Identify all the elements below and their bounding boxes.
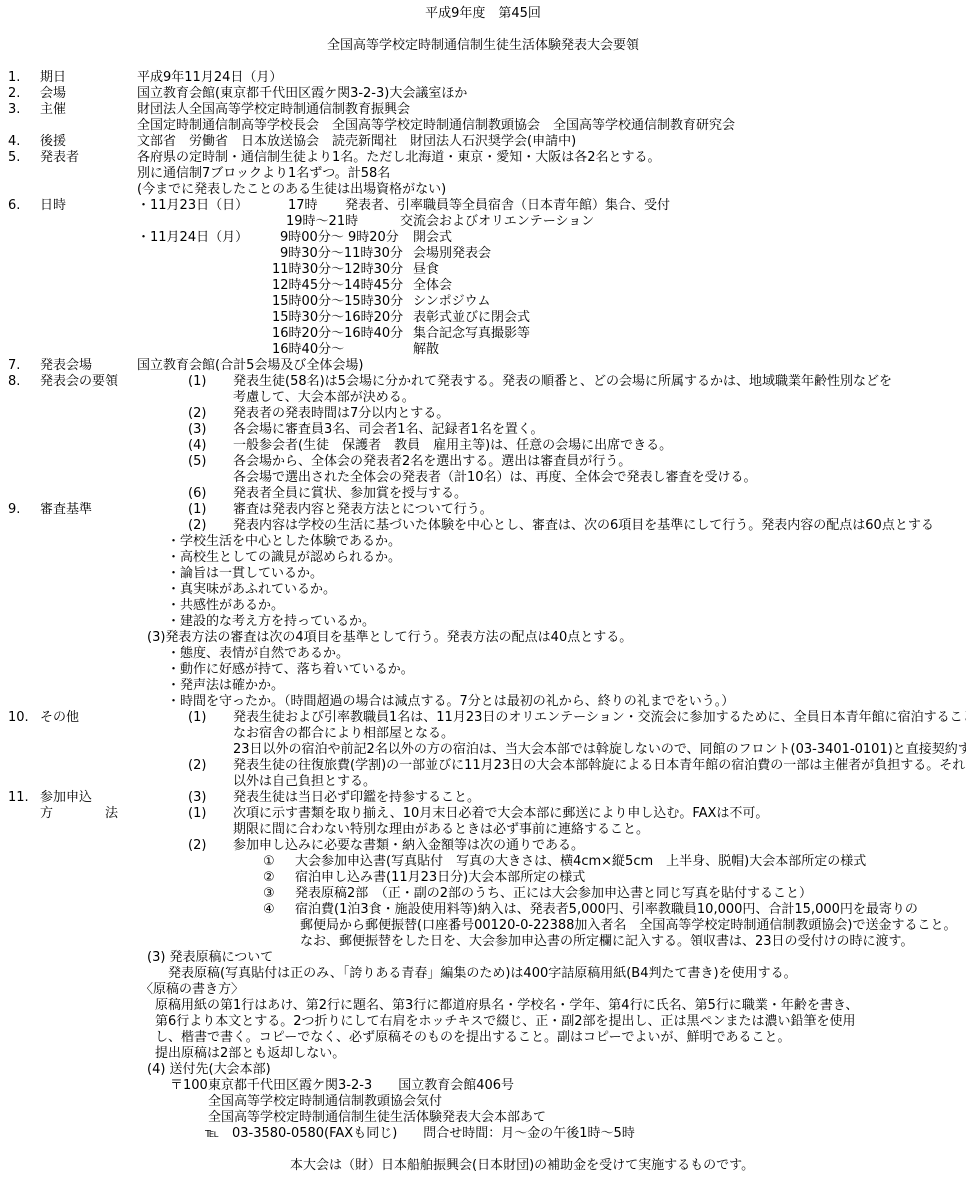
text-segment: 1.: [8, 70, 20, 86]
text-segment: 表彰式並びに閉会式: [413, 310, 530, 326]
doc-line: 10.その他(1)発表生徒および引率教職員1名は、11月23日のオリエンテーショ…: [0, 710, 966, 726]
text-segment: 7.: [8, 358, 20, 374]
text-segment: 〈原稿の書き方〉: [140, 982, 244, 998]
doc-line: 2.会場国立教育会館(東京都千代田区霞ケ関3-2-3)大会議室ほか: [0, 86, 966, 102]
doc-line: 各会場で選出された全体会の発表者（計10名）は、再度、全体会で発表し審査を受ける…: [0, 470, 966, 486]
doc-line: ・論旨は一貫しているか。: [0, 566, 966, 582]
doc-line: 第6行より本文とする。2つ折りにして右肩をホッチキスで綴じ、正・副2部を提出し、…: [0, 1014, 966, 1030]
text-segment: 10.: [8, 710, 29, 726]
text-segment: 日時: [40, 198, 66, 214]
doc-line: (3) 発表原稿について: [0, 950, 966, 966]
doc-line: 19時～21時交流会およびオリエンテーション: [0, 214, 966, 230]
text-segment: 発表生徒(58名)は5会場に分かれて発表する。発表の順番と、どの会場に所属するか…: [233, 374, 892, 390]
doc-line: (2)発表生徒の往復旅費(学割)の一部並びに11月23日の大会本部斡旋による日本…: [0, 758, 966, 774]
text-segment: 解散: [413, 342, 439, 358]
text-segment: 交流会およびオリエンテーション: [400, 214, 594, 230]
text-segment: ℡ 03-3580-0580(FAXも同じ) 問合せ時間：月～金の午後1時～5時: [205, 1126, 635, 1142]
text-segment: ・動作に好感が持て、落ち着いているか。: [167, 662, 414, 678]
text-segment: 発表原稿2部 （正・副の2部のうち、正には大会参加申込書と同じ写真を貼付すること…: [295, 886, 812, 902]
doc-line: 9.審査基準(1)審査は発表内容と発表方法とについて行う。: [0, 502, 966, 518]
text-segment: 一般参会者(生徒 保護者 教員 雇用主等)は、任意の会場に出席できる。: [233, 438, 672, 454]
doc-line: (6)発表者全員に賞状、参加賞を授与する。: [0, 486, 966, 502]
text-segment: 19時～21時: [286, 214, 358, 230]
text-segment: ④: [263, 902, 275, 918]
text-segment: 参加申込: [40, 790, 92, 806]
text-segment: 8.: [8, 374, 20, 390]
text-segment: 参加申し込みに必要な書類・納入金額等は次の通りである。: [233, 838, 584, 854]
text-segment: 4.: [8, 134, 20, 150]
doc-line: ・高校生としての識見が認められるか。: [0, 550, 966, 566]
text-segment: 23日以外の宿泊や前記2名以外の方の宿泊は、当大会本部では斡旋しないので、同館の…: [233, 742, 966, 758]
doc-line: [0, 54, 966, 70]
text-segment: ・建設的な考え方を持っているか。: [167, 614, 375, 630]
text-segment: 財団法人全国高等学校定時制通信制教育振興会: [137, 102, 410, 118]
text-segment: 会場別発表会: [413, 246, 491, 262]
text-segment: 各会場で選出された全体会の発表者（計10名）は、再度、全体会で発表し審査を受ける…: [233, 470, 757, 486]
text-segment: 審査基準: [40, 502, 92, 518]
text-segment: 次項に示す書類を取り揃え、10月末日必着で大会本部に郵送により申し込む。FAXは…: [233, 806, 768, 822]
text-segment: 平成9年度 第45回: [425, 6, 541, 21]
text-segment: 発表生徒の往復旅費(学割)の一部並びに11月23日の大会本部斡旋による日本青年館…: [233, 758, 965, 774]
text-segment: 郵便局から郵便振替(口座番号00120-0-22388加入者名 全国高等学校定時…: [300, 918, 957, 934]
doc-line: [0, 1142, 966, 1158]
text-segment: 発表者、引率職員等全員宿舎（日本青年館）集合、受付: [345, 198, 670, 214]
text-segment: ・学校生活を中心とした体験であるか。: [167, 534, 401, 550]
doc-line: ③発表原稿2部 （正・副の2部のうち、正には大会参加申込書と同じ写真を貼付するこ…: [0, 886, 966, 902]
text-segment: 発表内容は学校の生活に基づいた体験を中心とし、審査は、次の6項目を基準にして行う…: [233, 518, 934, 534]
doc-line: ・態度、表情が自然であるか。: [0, 646, 966, 662]
doc-line: 原稿用紙の第1行はあけ、第2行に題名、第3行に都道府県名・学校名・学年、第4行に…: [0, 998, 966, 1014]
doc-line: ・学校生活を中心とした体験であるか。: [0, 534, 966, 550]
text-segment: 主催: [40, 102, 66, 118]
text-segment: 宿泊費(1泊3食・施設使用料等)納入は、発表者5,000円、引率教職員10,00…: [295, 902, 918, 918]
text-segment: 11時30分～12時30分: [272, 262, 403, 278]
doc-line: (2)発表者の発表時間は7分以内とする。: [0, 406, 966, 422]
text-segment: 5.: [8, 150, 20, 166]
text-segment: 大会参加申込書(写真貼付 写真の大きさは、横4cm×縦5cm 上半身、脱帽)大会…: [295, 854, 866, 870]
text-segment: 9.: [8, 502, 20, 518]
text-segment: 3.: [8, 102, 20, 118]
doc-title: 平成9年度 第45回: [0, 6, 966, 22]
doc-line: 期限に間に合わない特別な理由があるときは必ず事前に連絡すること。: [0, 822, 966, 838]
text-segment: (2): [188, 406, 206, 422]
text-segment: 9時00分～ 9時20分: [280, 230, 399, 246]
document-page: 平成9年度 第45回全国高等学校定時制通信制生徒生活体験発表大会要領1.期日平成…: [0, 0, 966, 1180]
text-segment: 2.: [8, 86, 20, 102]
text-segment: 発表者全員に賞状、参加賞を授与する。: [233, 486, 467, 502]
doc-line: ④宿泊費(1泊3食・施設使用料等)納入は、発表者5,000円、引率教職員10,0…: [0, 902, 966, 918]
doc-line: 1.期日平成9年11月24日（月）: [0, 70, 966, 86]
doc-line: ②宿泊申し込み書(11月23日分)大会本部所定の様式: [0, 870, 966, 886]
text-segment: シンポジウム: [413, 294, 491, 310]
doc-line: (今までに発表したことのある生徒は出場資格がない): [0, 182, 966, 198]
text-segment: ①: [263, 854, 275, 870]
doc-line: 9時30分～11時30分会場別発表会: [0, 246, 966, 262]
text-segment: 期限に間に合わない特別な理由があるときは必ず事前に連絡すること。: [233, 822, 649, 838]
text-segment: 期日: [40, 70, 66, 86]
text-segment: 発表生徒および引率教職員1名は、11月23日のオリエンテーション・交流会に参加す…: [233, 710, 966, 726]
text-segment: ・共感性があるか。: [167, 598, 284, 614]
text-segment: 以外は自己負担とする。: [233, 774, 376, 790]
doc-line: 8.発表会の要領(1)発表生徒(58名)は5会場に分かれて発表する。発表の順番と…: [0, 374, 966, 390]
doc-line: ・発声法は確かか。: [0, 678, 966, 694]
doc-line: (4) 送付先(大会本部): [0, 1062, 966, 1078]
doc-line: [0, 22, 966, 38]
doc-line: ・動作に好感が持て、落ち着いているか。: [0, 662, 966, 678]
text-segment: (4) 送付先(大会本部): [147, 1062, 271, 1078]
text-segment: (3): [188, 790, 206, 806]
text-segment: (4): [188, 438, 206, 454]
text-segment: 16時40分～: [272, 342, 344, 358]
doc-line: 16時40分～解散: [0, 342, 966, 358]
text-segment: 発表者の発表時間は7分以内とする。: [233, 406, 449, 422]
text-segment: 国立教育会館(東京都千代田区霞ケ関3-2-3)大会議室ほか: [137, 86, 467, 102]
text-segment: 発表会場: [40, 358, 92, 374]
text-segment: 各府県の定時制・通信制生徒より1名。ただし北海道・東京・愛知・大阪は各2名とする…: [137, 150, 661, 166]
text-segment: (3)発表方法の審査は次の4項目を基準として行う。発表方法の配点は40点とする。: [147, 630, 632, 646]
text-segment: 15時30分～16時20分: [272, 310, 403, 326]
doc-line: 〒100東京都千代田区霞ケ関3-2-3 国立教育会館406号: [0, 1078, 966, 1094]
text-segment: 17時: [288, 198, 318, 214]
doc-line: ・共感性があるか。: [0, 598, 966, 614]
funding-note: 本大会は（財）日本船舶振興会(日本財団)の補助金を受けて実施するものです。: [0, 1158, 966, 1174]
doc-line: 16時20分～16時40分集合記念写真撮影等: [0, 326, 966, 342]
text-segment: (1): [188, 502, 206, 518]
doc-line: 発表原稿(写真貼付は正のみ、「誇りある青春」編集のため)は400字詰原稿用紙(B…: [0, 966, 966, 982]
text-segment: 宿泊申し込み書(11月23日分)大会本部所定の様式: [295, 870, 585, 886]
text-segment: (5): [188, 454, 206, 470]
text-segment: ・11月23日（日）: [137, 198, 248, 214]
doc-line: 全国高等学校定時制通信制教頭協会気付: [0, 1094, 966, 1110]
text-segment: 方: [40, 806, 53, 822]
text-segment: ・論旨は一貫しているか。: [167, 566, 323, 582]
text-segment: 集合記念写真撮影等: [413, 326, 530, 342]
text-segment: 考慮して、大会本部が決める。: [233, 390, 415, 406]
doc-line: (2)参加申し込みに必要な書類・納入金額等は次の通りである。: [0, 838, 966, 854]
text-segment: (1): [188, 806, 206, 822]
doc-line: 15時00分～15時30分シンポジウム: [0, 294, 966, 310]
text-segment: 発表原稿(写真貼付は正のみ、「誇りある青春」編集のため)は400字詰原稿用紙(B…: [168, 966, 797, 982]
doc-line: 提出原稿は2部とも返却しない。: [0, 1046, 966, 1062]
text-segment: 会場: [40, 86, 66, 102]
text-segment: 16時20分～16時40分: [272, 326, 403, 342]
doc-line: し、楷書で書く。コピーでなく、必ず原稿そのものを提出すること。副はコピーでよいが…: [0, 1030, 966, 1046]
doc-line: 郵便局から郵便振替(口座番号00120-0-22388加入者名 全国高等学校定時…: [0, 918, 966, 934]
text-segment: ・時間を守ったか。（時間超過の場合は減点する。7分とは最初の礼から、終りの礼まで…: [167, 694, 734, 710]
doc-line: 23日以外の宿泊や前記2名以外の方の宿泊は、当大会本部では斡旋しないので、同館の…: [0, 742, 966, 758]
text-segment: 平成9年11月24日（月）: [137, 70, 282, 86]
text-segment: 後援: [40, 134, 66, 150]
doc-line: 6.日時・11月23日（日）17時発表者、引率職員等全員宿舎（日本青年館）集合、…: [0, 198, 966, 214]
doc-line: 4.後援文部省 労働省 日本放送協会 読売新聞社 財団法人石沢奨学会(申請中): [0, 134, 966, 150]
text-segment: 原稿用紙の第1行はあけ、第2行に題名、第3行に都道府県名・学校名・学年、第4行に…: [155, 998, 858, 1014]
text-segment: 開会式: [413, 230, 452, 246]
text-segment: (3) 発表原稿について: [147, 950, 273, 966]
text-segment: 11.: [8, 790, 29, 806]
text-segment: 発表会の要領: [40, 374, 118, 390]
text-segment: ・11月24日（月）: [137, 230, 248, 246]
doc-line: (3)各会場に審査員3名、司会者1名、記録者1名を置く。: [0, 422, 966, 438]
text-segment: 国立教育会館(合計5会場及び全体会場): [137, 358, 363, 374]
text-segment: 文部省 労働省 日本放送協会 読売新聞社 財団法人石沢奨学会(申請中): [137, 134, 576, 150]
text-segment: 昼食: [413, 262, 439, 278]
doc-line: (3)発表方法の審査は次の4項目を基準として行う。発表方法の配点は40点とする。: [0, 630, 966, 646]
text-segment: 発表者: [40, 150, 79, 166]
text-segment: 各会場から、全体会の発表者2名を選出する。選出は審査員が行う。: [233, 454, 631, 470]
text-segment: ②: [263, 870, 275, 886]
doc-line: (5)各会場から、全体会の発表者2名を選出する。選出は審査員が行う。: [0, 454, 966, 470]
text-segment: なお、郵便振替をした日を、大会参加申込書の所定欄に記入する。領収書は、23日の受…: [300, 934, 914, 950]
text-segment: 15時00分～15時30分: [272, 294, 403, 310]
doc-line: 別に通信制7ブロックより1名ずつ。計58名: [0, 166, 966, 182]
text-segment: その他: [40, 710, 79, 726]
text-segment: 9時30分～11時30分: [280, 246, 403, 262]
text-segment: (2): [188, 758, 206, 774]
text-segment: 各会場に審査員3名、司会者1名、記録者1名を置く。: [233, 422, 544, 438]
text-segment: (3): [188, 422, 206, 438]
text-segment: (2): [188, 838, 206, 854]
doc-line: 全国定時制通信制高等学校長会 全国高等学校定時制通信制教頭協会 全国高等学校通信…: [0, 118, 966, 134]
text-segment: 審査は発表内容と発表方法とについて行う。: [233, 502, 493, 518]
doc-line: ・11月24日（月）9時00分～ 9時20分開会式: [0, 230, 966, 246]
text-segment: ・真実味があふれているか。: [167, 582, 336, 598]
text-segment: (6): [188, 486, 206, 502]
doc-line: なお宿舎の都合により相部屋となる。: [0, 726, 966, 742]
text-segment: 全国高等学校定時制通信制教頭協会気付: [208, 1094, 442, 1110]
text-segment: 東京都千代田区霞ケ関3-2-3 国立教育会館406号: [208, 1078, 514, 1094]
doc-line: (2)発表内容は学校の生活に基づいた体験を中心とし、審査は、次の6項目を基準にし…: [0, 518, 966, 534]
text-segment: し、楷書で書く。コピーでなく、必ず原稿そのものを提出すること。副はコピーでよいが…: [155, 1030, 790, 1046]
text-segment: ・発声法は確かか。: [167, 678, 284, 694]
doc-line: ・真実味があふれているか。: [0, 582, 966, 598]
doc-line: 7.発表会場国立教育会館(合計5会場及び全体会場): [0, 358, 966, 374]
text-segment: 全国定時制通信制高等学校長会 全国高等学校定時制通信制教頭協会 全国高等学校通信…: [137, 118, 735, 134]
doc-line: (4)一般参会者(生徒 保護者 教員 雇用主等)は、任意の会場に出席できる。: [0, 438, 966, 454]
doc-line: ・時間を守ったか。（時間超過の場合は減点する。7分とは最初の礼から、終りの礼まで…: [0, 694, 966, 710]
doc-line: ・建設的な考え方を持っているか。: [0, 614, 966, 630]
doc-line: 以外は自己負担とする。: [0, 774, 966, 790]
text-segment: 別に通信制7ブロックより1名ずつ。計58名: [137, 166, 390, 182]
text-segment: (今までに発表したことのある生徒は出場資格がない): [137, 182, 446, 198]
doc-line: ℡ 03-3580-0580(FAXも同じ) 問合せ時間：月～金の午後1時～5時: [0, 1126, 966, 1142]
doc-line: 12時45分～14時45分全体会: [0, 278, 966, 294]
text-segment: 〒100: [170, 1078, 208, 1094]
doc-line: 方法(1)次項に示す書類を取り揃え、10月末日必着で大会本部に郵送により申し込む…: [0, 806, 966, 822]
doc-line: 3.主催財団法人全国高等学校定時制通信制教育振興会: [0, 102, 966, 118]
doc-subtitle: 全国高等学校定時制通信制生徒生活体験発表大会要領: [0, 38, 966, 54]
text-segment: 第6行より本文とする。2つ折りにして右肩をホッチキスで綴じ、正・副2部を提出し、…: [155, 1014, 856, 1030]
text-segment: 12時45分～14時45分: [272, 278, 403, 294]
text-segment: なお宿舎の都合により相部屋となる。: [233, 726, 454, 742]
doc-line: 考慮して、大会本部が決める。: [0, 390, 966, 406]
text-segment: 全国高等学校定時制通信制生徒生活体験発表大会要領: [327, 38, 639, 53]
text-segment: 6.: [8, 198, 20, 214]
text-segment: (1): [188, 710, 206, 726]
text-segment: 本大会は（財）日本船舶振興会(日本財団)の補助金を受けて実施するものです。: [290, 1158, 754, 1174]
doc-line: 〈原稿の書き方〉: [0, 982, 966, 998]
text-segment: ③: [263, 886, 275, 902]
doc-line: 15時30分～16時20分表彰式並びに閉会式: [0, 310, 966, 326]
text-segment: (2): [188, 518, 206, 534]
doc-line: 11時30分～12時30分昼食: [0, 262, 966, 278]
text-segment: ・態度、表情が自然であるか。: [167, 646, 349, 662]
doc-line: 全国高等学校定時制通信制生徒生活体験発表大会本部あて: [0, 1110, 966, 1126]
text-segment: (1): [188, 374, 206, 390]
text-segment: 全国高等学校定時制通信制生徒生活体験発表大会本部あて: [208, 1110, 546, 1126]
doc-line: 5.発表者各府県の定時制・通信制生徒より1名。ただし北海道・東京・愛知・大阪は各…: [0, 150, 966, 166]
text-segment: ・高校生としての識見が認められるか。: [167, 550, 401, 566]
doc-line: ①大会参加申込書(写真貼付 写真の大きさは、横4cm×縦5cm 上半身、脱帽)大…: [0, 854, 966, 870]
doc-line: 11.参加申込(3)発表生徒は当日必ず印鑑を持参すること。: [0, 790, 966, 806]
text-segment: 全体会: [413, 278, 452, 294]
text-segment: 発表生徒は当日必ず印鑑を持参すること。: [233, 790, 480, 806]
text-segment: 提出原稿は2部とも返却しない。: [155, 1046, 345, 1062]
doc-line: なお、郵便振替をした日を、大会参加申込書の所定欄に記入する。領収書は、23日の受…: [0, 934, 966, 950]
text-segment: 法: [105, 806, 118, 822]
